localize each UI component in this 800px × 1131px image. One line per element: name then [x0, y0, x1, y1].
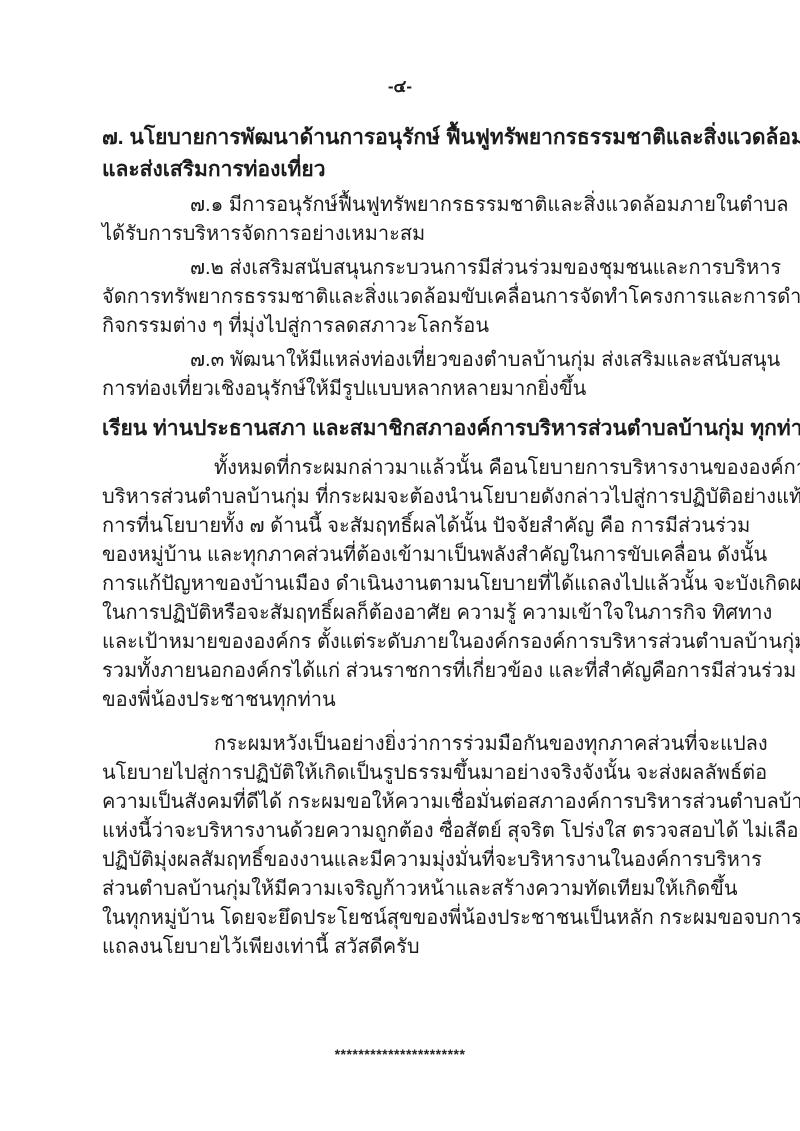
section-7-heading-line-2: และส่งเสริมการท่องเที่ยว	[102, 154, 742, 186]
closing-paragraph-2-line-7: ในทุกหมู่บ้าน โดยจะยึดประโยชน์สุขของพี่น…	[102, 904, 742, 933]
section-7-heading: ๗. นโยบายการพัฒนาด้านการอนุรักษ์ ฟื้นฟูท…	[102, 122, 742, 186]
closing-paragraph-2-line-2: นโยบายไปสู่การปฏิบัติให้เกิดเป็นรูปธรรมข…	[102, 759, 742, 788]
section-7-heading-line-1: ๗. นโยบายการพัฒนาด้านการอนุรักษ์ ฟื้นฟูท…	[102, 122, 742, 154]
policy-item-7-2-line-3: กิจกรรมต่าง ๆ ที่มุ่งไปสู่การลดสภาวะโลกร…	[102, 312, 742, 341]
closing-paragraph-1-line-5: การแก้ปัญหาของบ้านเมือง ดำเนินงานตามนโยบ…	[102, 570, 742, 599]
salutation-line: เรียน ท่านประธานสภา และสมาชิกสภาองค์การบ…	[102, 413, 742, 445]
closing-paragraph-1-line-7: และเป้าหมายขององค์กร ตั้งแต่ระดับภายในอง…	[102, 628, 742, 657]
closing-paragraph-1-line-6: ในการปฏิบัติหรือจะสัมฤทธิ์ผลก็ต้องอาศัย …	[102, 599, 742, 628]
closing-paragraph-1-line-9: ของพี่น้องประชาชนทุกท่าน	[102, 686, 742, 715]
closing-paragraph-1: ทั้งหมดที่กระผมกล่าวมาแล้วนั้น คือนโยบาย…	[102, 454, 742, 715]
closing-paragraph-1-line-4: ของหมู่บ้าน และทุกภาคส่วนที่ต้องเข้ามาเป…	[102, 541, 742, 570]
policy-item-7-2: ๗.๒ ส่งเสริมสนับสนุนกระบวนการมีส่วนร่วมข…	[102, 254, 742, 341]
policy-item-7-2-line-2: จัดการทรัพยากรธรรมชาติและสิ่งแวดล้อมขับเ…	[102, 283, 742, 312]
closing-paragraph-1-line-3: การที่นโยบายทั้ง ๗ ด้านนี้ จะสัมฤทธิ์ผลไ…	[102, 512, 742, 541]
document-page: -๔- ๗. นโยบายการพัฒนาด้านการอนุรักษ์ ฟื้…	[0, 0, 800, 1131]
policy-item-7-1-line-2: ได้รับการบริหารจัดการอย่างเหมาะสม	[102, 220, 742, 249]
closing-paragraph-2-line-4: แห่งนี้ว่าจะบริหารงานด้วยความถูกต้อง ซื่…	[102, 817, 742, 846]
closing-paragraph-2: กระผมหวังเป็นอย่างยิ่งว่าการร่วมมือกันขอ…	[102, 730, 742, 962]
policy-item-7-2-line-1: ๗.๒ ส่งเสริมสนับสนุนกระบวนการมีส่วนร่วมข…	[102, 254, 742, 283]
closing-paragraph-1-line-2: บริหารส่วนตำบลบ้านกุ่ม ที่กระผมจะต้องนำน…	[102, 483, 742, 512]
page-number: -๔-	[0, 0, 800, 98]
closing-paragraph-2-line-5: ปฏิบัติมุ่งผลสัมฤทธิ์ของงานและมีความมุ่ง…	[102, 846, 742, 875]
closing-paragraph-2-line-6: ส่วนตำบลบ้านกุ่มให้มีความเจริญก้าวหน้าแล…	[102, 875, 742, 904]
closing-paragraph-1-line-8: รวมทั้งภายนอกองค์กรได้แก่ ส่วนราชการที่เ…	[102, 657, 742, 686]
policy-item-7-3-line-1: ๗.๓ พัฒนาให้มีแหล่งท่องเที่ยวของตำบลบ้าน…	[102, 346, 742, 375]
policy-item-7-3: ๗.๓ พัฒนาให้มีแหล่งท่องเที่ยวของตำบลบ้าน…	[102, 346, 742, 404]
policy-item-7-1-line-1: ๗.๑ มีการอนุรักษ์ฟื้นฟูทรัพยากรธรรมชาติแ…	[102, 191, 742, 220]
closing-paragraph-2-line-3: ความเป็นสังคมที่ดีได้ กระผมขอให้ความเชื่…	[102, 788, 742, 817]
closing-paragraph-1-line-1: ทั้งหมดที่กระผมกล่าวมาแล้วนั้น คือนโยบาย…	[102, 454, 742, 483]
closing-paragraph-2-line-1: กระผมหวังเป็นอย่างยิ่งว่าการร่วมมือกันขอ…	[102, 730, 742, 759]
policy-item-7-3-line-2: การท่องเที่ยวเชิงอนุรักษ์ให้มีรูปแบบหลาก…	[102, 375, 742, 404]
closing-paragraph-2-line-8: แถลงนโยบายไว้เพียงเท่านี้ สวัสดีครับ	[102, 933, 742, 962]
policy-item-7-1: ๗.๑ มีการอนุรักษ์ฟื้นฟูทรัพยากรธรรมชาติแ…	[102, 191, 742, 249]
document-body: ๗. นโยบายการพัฒนาด้านการอนุรักษ์ ฟื้นฟูท…	[102, 122, 742, 962]
end-of-document-divider: **********************	[0, 1046, 800, 1062]
